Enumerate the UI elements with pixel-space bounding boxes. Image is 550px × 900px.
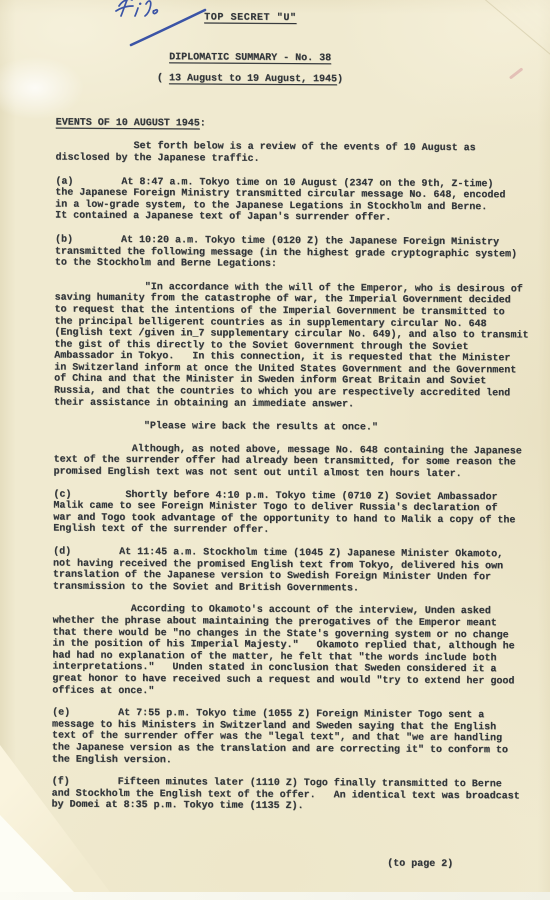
paragraph-okamoto-account: According to Okamoto's account of the in… [52, 604, 539, 700]
paragraph-quote-wire-back: "Please wire back the results at once." [54, 421, 540, 436]
document-page: TOP SECRET "U" DIPLOMATIC SUMMARY - No. … [0, 0, 550, 892]
classification-header: TOP SECRET "U" [56, 0, 444, 25]
background-below-page [0, 892, 550, 900]
paragraph-intro: Set forth below is a review of the event… [55, 141, 541, 167]
paragraph-item-c: (c) Shortly before 4:10 p.m. Tokyo time … [53, 489, 539, 538]
section-heading: EVENTS OF 10 AUGUST 1945: [56, 117, 542, 132]
typed-content: TOP SECRET "U" DIPLOMATIC SUMMARY - No. … [51, 0, 542, 893]
paragraph-item-a: (a) At 8:47 a.m. Tokyo time on 10 August… [55, 176, 541, 225]
paragraph-item-d: (d) At 11:45 a.m. Stockholm time (1045 Z… [53, 547, 539, 596]
paragraph-item-f: (f) Fifteen minutes later (1110 Z) Togo … [51, 777, 537, 815]
document-header: TOP SECRET "U" DIPLOMATIC SUMMARY - No. … [56, 0, 445, 87]
document-title: DIPLOMATIC SUMMARY - No. 38 [56, 51, 444, 65]
paragraph-item-b: (b) At 10:20 a.m. Tokyo time (0120 Z) th… [55, 234, 541, 272]
paragraph-quote-message: "In accordance with the will of the Empe… [54, 281, 541, 411]
paragraph-item-e: (e) At 7:55 p.m. Tokyo time (1055 Z) For… [52, 708, 538, 769]
paragraph-although: Although, as noted above, message No. 64… [54, 443, 540, 481]
page-continuation-note: (to page 2) [387, 859, 453, 871]
date-range-line: ( 13 August to 19 August, 1945) [56, 73, 444, 87]
